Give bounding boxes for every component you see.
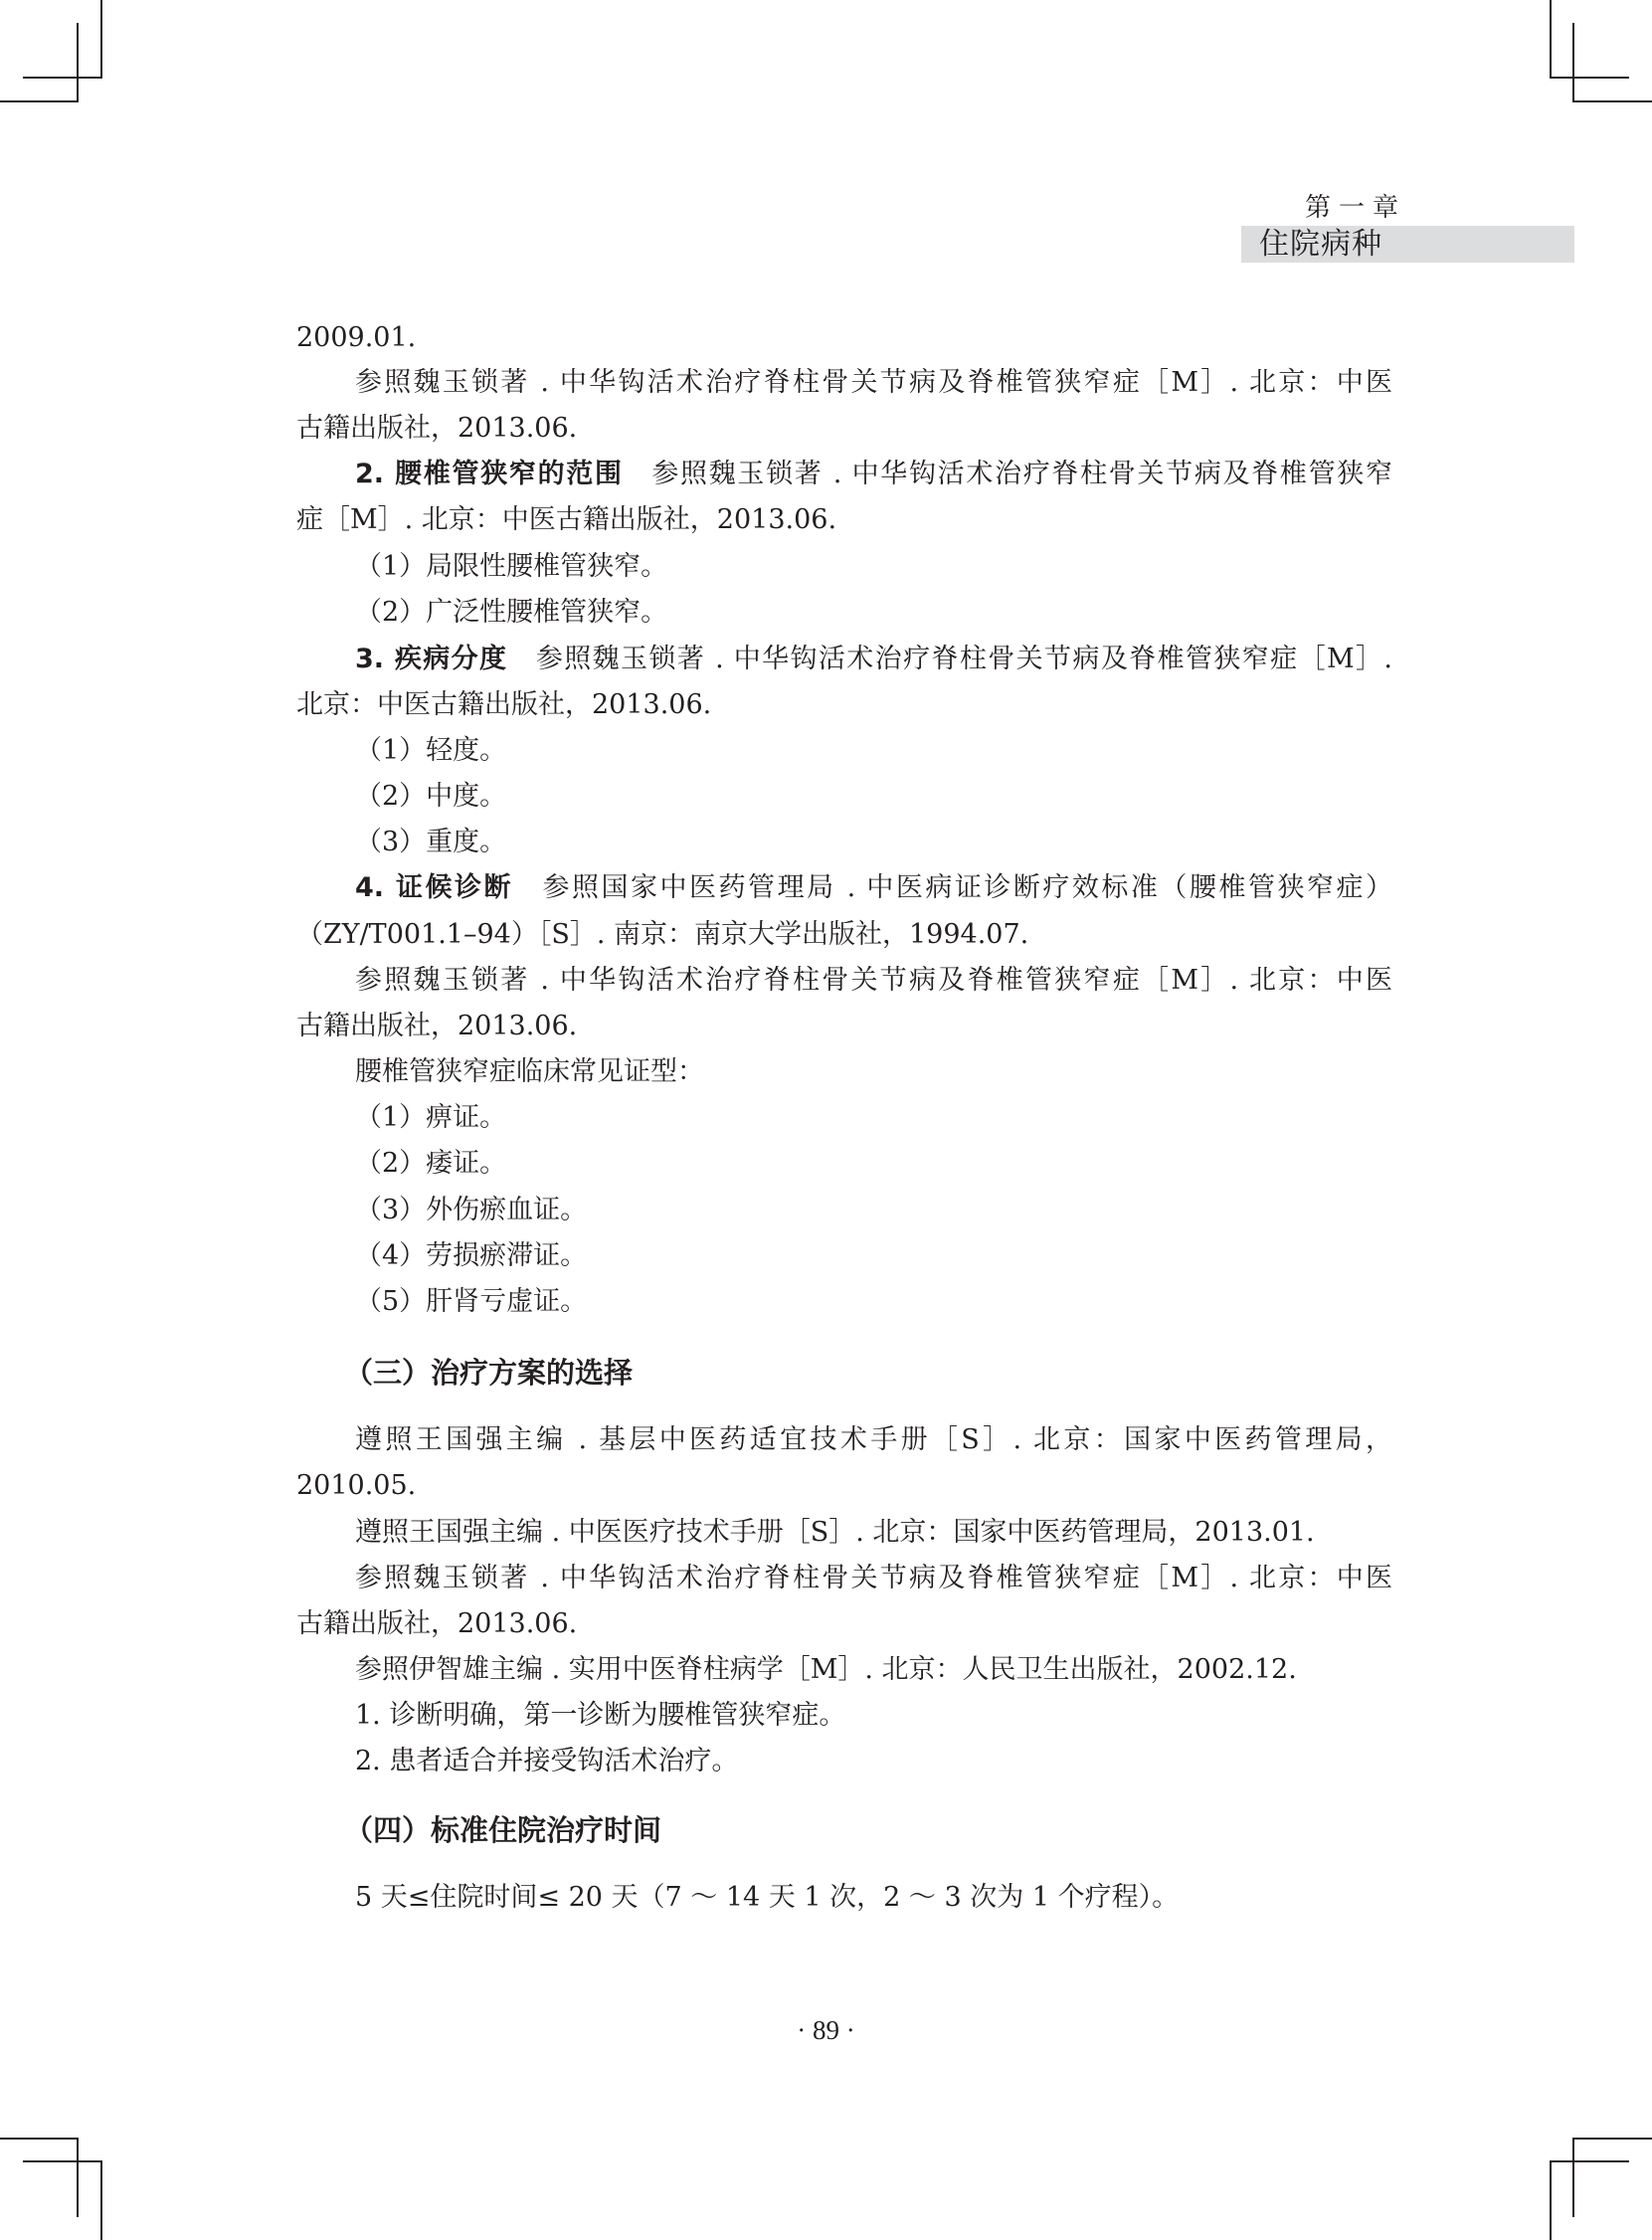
line-text: 2009.01. [296,322,416,353]
crop-mark [23,2160,102,2162]
text-line: （ZY/T001.1–94）［S］. 南京：南京大学出版社，1994.07. [296,918,1392,952]
line-text: 症［M］. 北京：中医古籍出版社，2013.06. [296,504,836,535]
line-text: （2）中度。 [355,781,506,812]
line-text: 遵照王国强主编 . 基层中医药适宜技术手册［S］. 北京：国家中医药管理局， [355,1424,1392,1455]
text-line: （2）广泛性腰椎管狭窄。 [355,596,1392,630]
crop-mark [0,100,79,102]
crop-mark [100,0,102,79]
run-in-heading: 4. 证候诊断 [355,872,543,903]
text-line: 参照魏玉锁著 . 中华钩活术治疗脊柱骨关节病及脊椎管狭窄症［M］. 北京：中医 [355,1562,1392,1595]
crop-mark [1572,100,1652,102]
line-text: （2）痿证。 [355,1148,506,1179]
line-text: 腰椎管狭窄症临床常见证型： [355,1056,704,1087]
line-text: 2010.05. [296,1470,416,1501]
crop-mark [23,77,102,79]
line-text: （1）局限性腰椎管狭窄。 [355,551,667,582]
text-line: 北京：中医古籍出版社，2013.06. [296,688,1392,722]
text-line: 症［M］. 北京：中医古籍出版社，2013.06. [296,503,1392,537]
crop-mark [1572,2138,1574,2217]
line-text: （5）肝肾亏虚证。 [355,1286,587,1317]
line-text: 参照魏玉锁著 . 中华钩活术治疗脊柱骨关节病及脊椎管狭窄症［M］. [536,644,1392,674]
text-line: （3）重度。 [355,826,1392,859]
section-heading-3: （三）治疗方案的选择 [344,1355,633,1391]
text-line: 腰椎管狭窄症临床常见证型： [355,1055,1392,1089]
crop-mark [1550,2160,1629,2162]
run-in-heading: 3. 疾病分度 [355,644,536,674]
text-line: 3. 疾病分度 参照魏玉锁著 . 中华钩活术治疗脊柱骨关节病及脊椎管狭窄症［M］… [355,643,1392,676]
text-line: （2）痿证。 [355,1147,1392,1181]
text-line: 参照伊智雄主编 . 实用中医脊柱病学［M］. 北京：人民卫生出版社，2002.1… [355,1653,1392,1687]
line-text: 参照魏玉锁著 . 中华钩活术治疗脊柱骨关节病及脊椎管狭窄症［M］. 北京：中医 [355,965,1392,996]
line-text: 5 天≤住院时间≤ 20 天（7 ～ 14 天 1 次，2 ～ 3 次为 1 个… [355,1882,1179,1913]
line-text: 参照国家中医药管理局 . 中医病证诊断疗效标准（腰椎管狭窄症） [543,872,1393,903]
text-line: 遵照王国强主编 . 基层中医药适宜技术手册［S］. 北京：国家中医药管理局， [355,1423,1392,1457]
text-line: 古籍出版社，2013.06. [296,412,1392,446]
crop-mark [1572,23,1574,102]
line-text: 2. 患者适合并接受钩活术治疗。 [355,1746,738,1776]
text-line: （2）中度。 [355,780,1392,814]
text-line: 2. 腰椎管狭窄的范围 参照魏玉锁著 . 中华钩活术治疗脊柱骨关节病及脊椎管狭窄 [355,458,1392,491]
text-line: 1. 诊断明确，第一诊断为腰椎管狭窄症。 [355,1699,1392,1733]
crop-mark [77,23,79,102]
text-line: 4. 证候诊断 参照国家中医药管理局 . 中医病证诊断疗效标准（腰椎管狭窄症） [355,871,1392,905]
line-text: 古籍出版社，2013.06. [296,413,577,444]
run-in-heading: 2. 腰椎管狭窄的范围 [355,459,651,489]
section-header-bar: 住院病种 [1241,226,1574,263]
text-line: 5 天≤住院时间≤ 20 天（7 ～ 14 天 1 次，2 ～ 3 次为 1 个… [355,1881,1392,1915]
line-text: （ZY/T001.1–94）［S］. 南京：南京大学出版社，1994.07. [296,919,1028,950]
text-line: 古籍出版社，2013.06. [296,1607,1392,1641]
line-text: 参照魏玉锁著 . 中华钩活术治疗脊柱骨关节病及脊椎管狭窄 [651,459,1392,489]
line-text: （1）痹证。 [355,1102,506,1133]
line-text: 参照魏玉锁著 . 中华钩活术治疗脊柱骨关节病及脊椎管狭窄症［M］. 北京：中医 [355,367,1392,398]
crop-mark [100,2160,102,2240]
crop-mark [1572,2138,1652,2140]
text-line: 2. 患者适合并接受钩活术治疗。 [355,1745,1392,1778]
line-text: 北京：中医古籍出版社，2013.06. [296,689,711,720]
crop-mark [1550,77,1629,79]
text-line: （1）痹证。 [355,1101,1392,1135]
text-line: 遵照王国强主编 . 中医医疗技术手册［S］. 北京：国家中医药管理局，2013.… [355,1516,1392,1550]
text-line: 参照魏玉锁著 . 中华钩活术治疗脊柱骨关节病及脊椎管狭窄症［M］. 北京：中医 [355,366,1392,400]
text-line: （1）轻度。 [355,734,1392,768]
chapter-label: 第一章 [1305,187,1406,224]
text-line: （3）外伤瘀血证。 [355,1194,1392,1227]
page-number: · 89 · [0,2015,1652,2046]
line-text: 古籍出版社，2013.06. [296,1608,577,1639]
crop-mark [0,2138,79,2140]
text-line: （5）肝肾亏虚证。 [355,1285,1392,1319]
section-title: 住院病种 [1259,226,1382,263]
line-text: 遵照王国强主编 . 中医医疗技术手册［S］. 北京：国家中医药管理局，2013.… [355,1517,1315,1548]
line-text: 古籍出版社，2013.06. [296,1011,577,1041]
line-text: 1. 诊断明确，第一诊断为腰椎管狭窄症。 [355,1700,845,1731]
text-line: 2009.01. [296,321,1392,355]
line-text: 参照伊智雄主编 . 实用中医脊柱病学［M］. 北京：人民卫生出版社，2002.1… [355,1654,1297,1685]
text-line: （4）劳损瘀滞证。 [355,1239,1392,1273]
line-text: （3）外伤瘀血证。 [355,1195,587,1225]
line-text: 参照魏玉锁著 . 中华钩活术治疗脊柱骨关节病及脊椎管狭窄症［M］. 北京：中医 [355,1563,1392,1593]
line-text: （2）广泛性腰椎管狭窄。 [355,597,667,628]
crop-mark [1550,2160,1552,2240]
section-heading-4: （四）标准住院治疗时间 [344,1812,661,1848]
text-line: （1）局限性腰椎管狭窄。 [355,550,1392,584]
crop-mark [1550,0,1552,79]
text-line: 参照魏玉锁著 . 中华钩活术治疗脊柱骨关节病及脊椎管狭窄症［M］. 北京：中医 [355,964,1392,998]
line-text: （1）轻度。 [355,735,506,766]
text-line: 2010.05. [296,1469,1392,1503]
line-text: （3）重度。 [355,827,506,857]
crop-mark [77,2138,79,2217]
line-text: （4）劳损瘀滞证。 [355,1240,587,1271]
text-line: 古籍出版社，2013.06. [296,1010,1392,1043]
